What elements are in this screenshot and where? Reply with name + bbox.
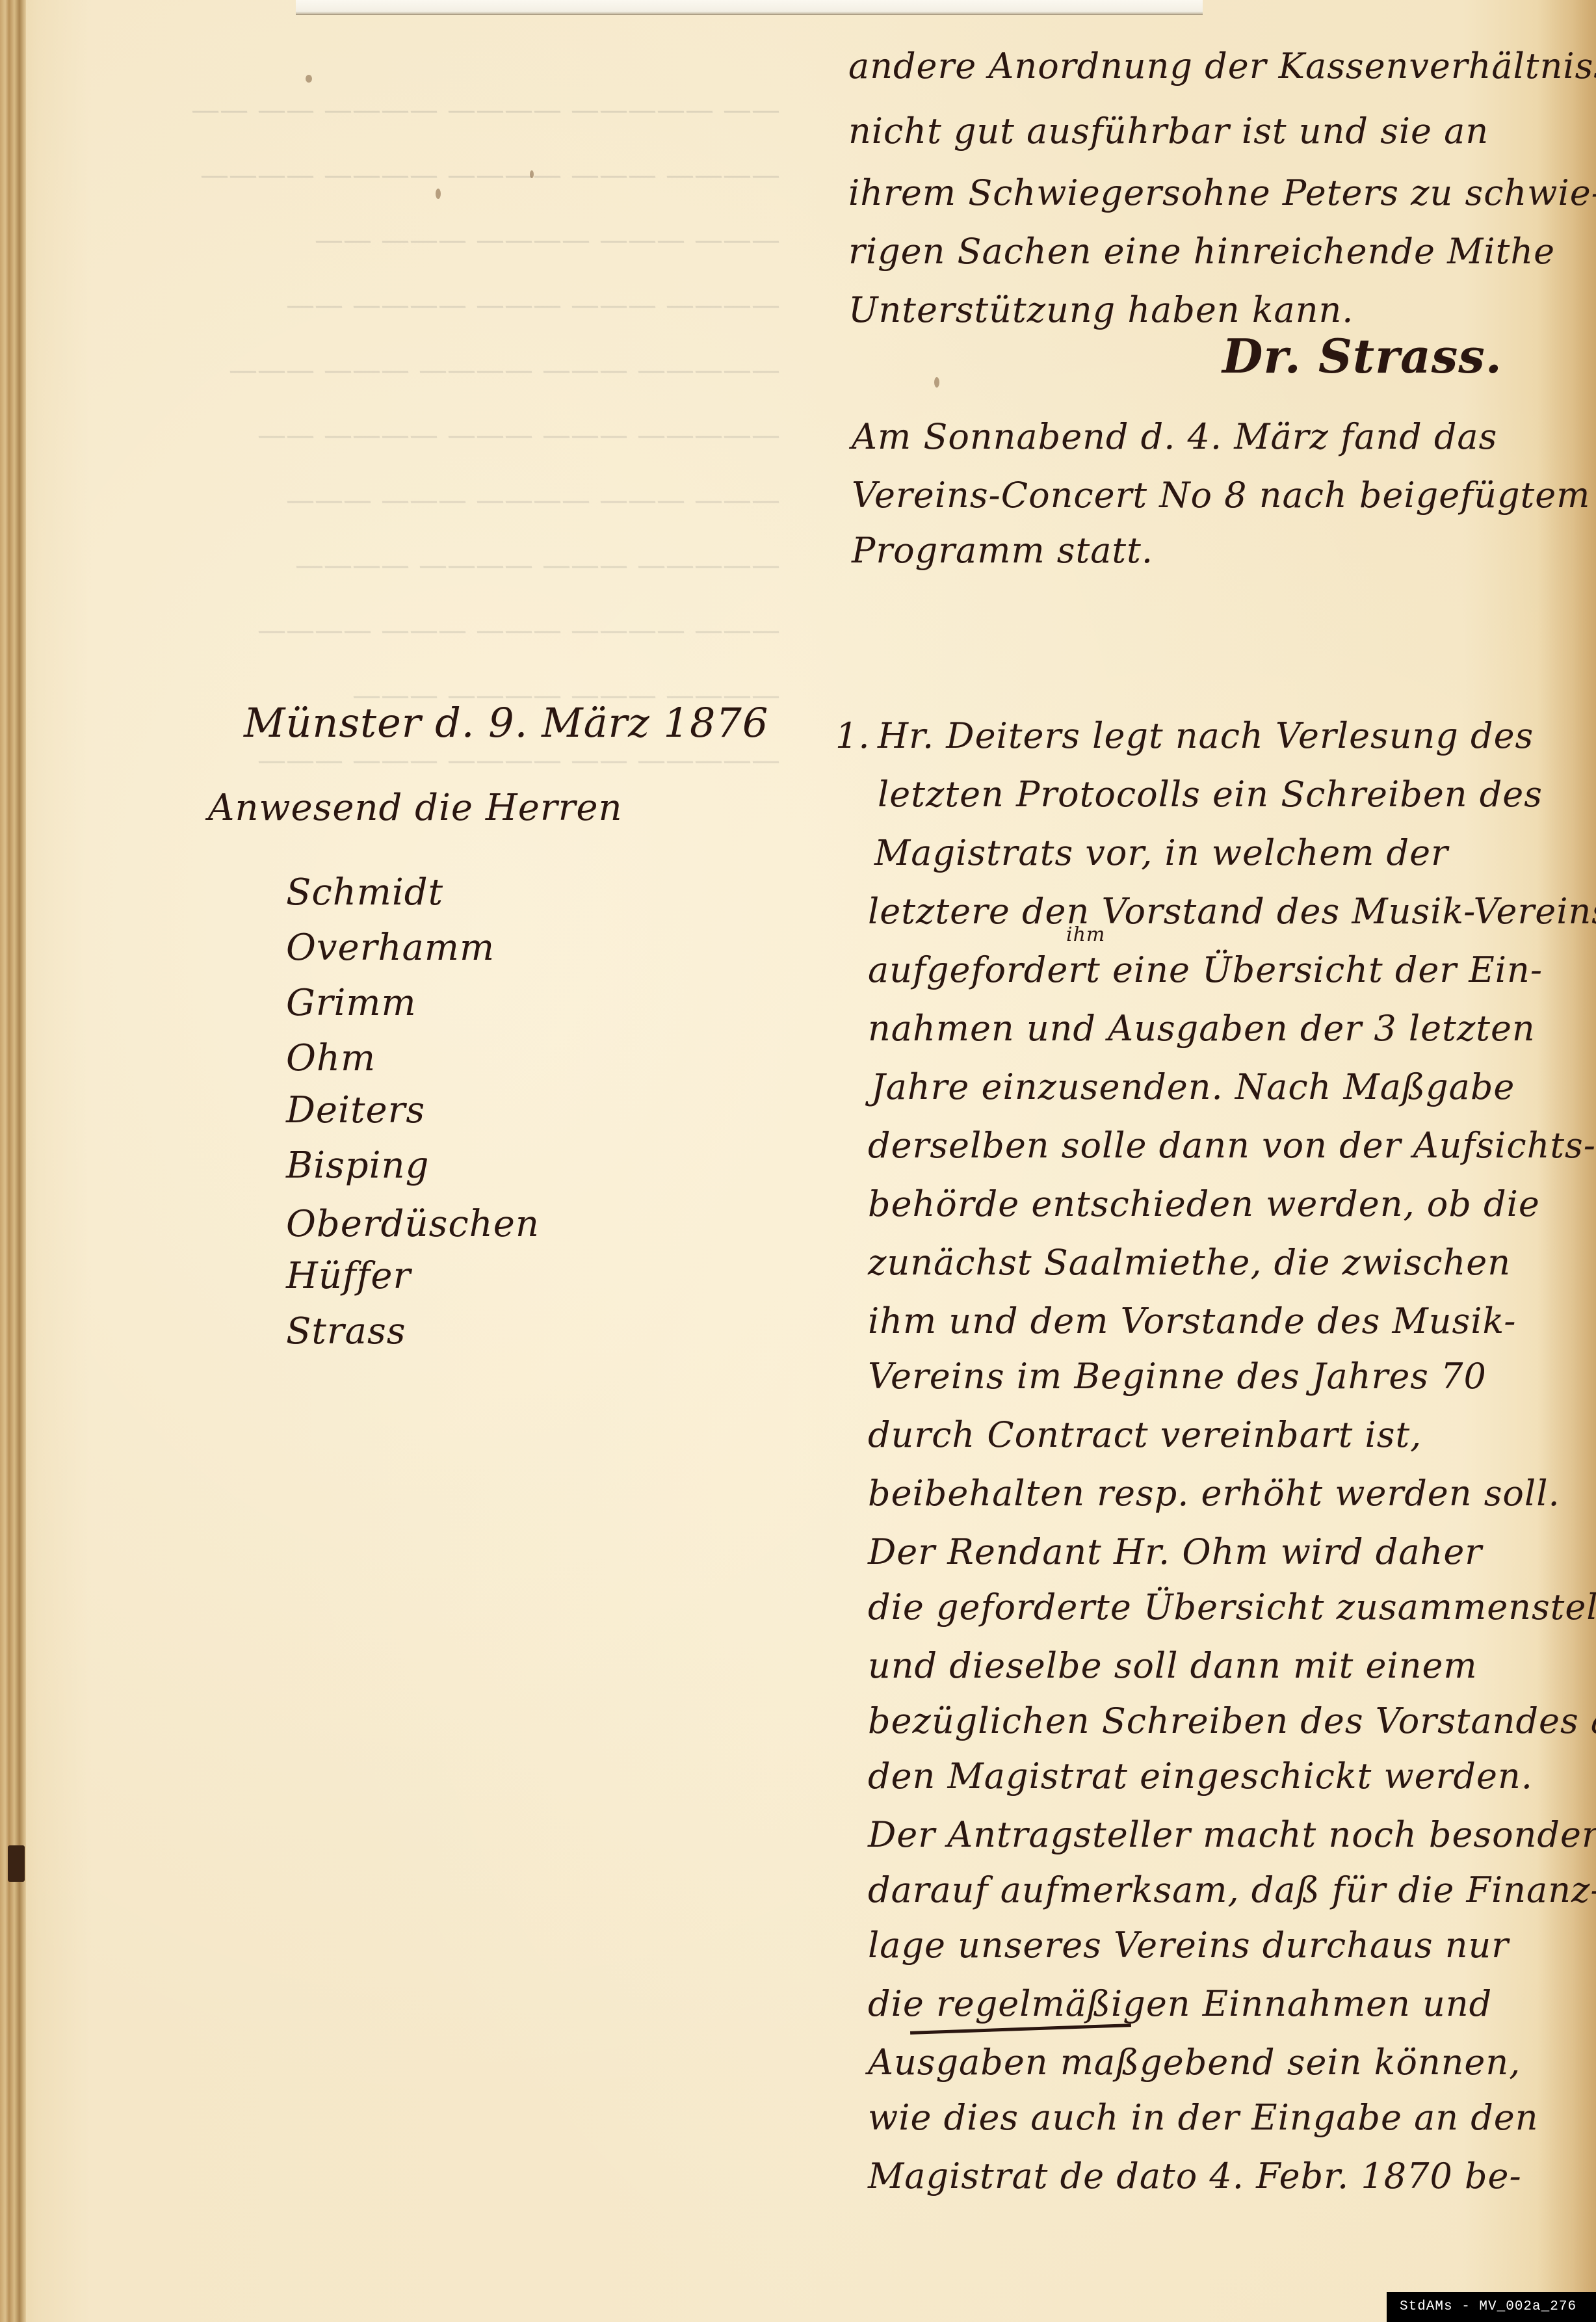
text-line: nahmen und Ausgaben der 3 letzten bbox=[868, 1008, 1536, 1049]
text-line: Magistrat de dato 4. Febr. 1870 be- bbox=[868, 2156, 1522, 2197]
book-binding bbox=[0, 0, 26, 2322]
underline-mark bbox=[910, 2024, 1131, 2035]
text-line: durch Contract vereinbart ist, bbox=[868, 1414, 1422, 1455]
text-line: wie dies auch in der Eingabe an den bbox=[868, 2097, 1539, 2138]
binding-stain bbox=[8, 1845, 25, 1882]
text-line: darauf aufmerksam, daß für die Finanz- bbox=[868, 1869, 1596, 1910]
text-line: Vereins-Concert No 8 nach beigefügtem bbox=[852, 475, 1590, 516]
text-line: Programm statt. bbox=[852, 530, 1153, 571]
attendee-name: Ohm bbox=[286, 1037, 376, 1079]
text-line: letzten Protocolls ein Schreiben des bbox=[878, 774, 1543, 815]
text-line: Magistrats vor, in welchem der bbox=[874, 832, 1448, 873]
text-line: behörde entschieden werden, ob die bbox=[868, 1183, 1540, 1224]
paper-speck bbox=[306, 75, 312, 83]
inserted-word: ihm bbox=[1066, 923, 1105, 946]
paper-speck bbox=[934, 377, 939, 388]
attendee-name: Oberdüschen bbox=[286, 1203, 540, 1245]
attendee-name: Schmidt bbox=[286, 871, 443, 914]
text-line: Vereins im Beginne des Jahres 70 bbox=[868, 1356, 1487, 1397]
text-line: die geforderte Übersicht zusammenstellen… bbox=[868, 1587, 1596, 1628]
attendee-name: Grimm bbox=[286, 982, 417, 1024]
text-line: Ausgaben maßgebend sein können, bbox=[868, 2042, 1521, 2083]
text-line: bezüglichen Schreiben des Vorstandes an bbox=[868, 1700, 1596, 1741]
text-line: die regelmäßigen Einnahmen und bbox=[868, 1983, 1492, 2024]
attendance-heading: Anwesend die Herren bbox=[208, 787, 623, 829]
attendee-name: Deiters bbox=[286, 1089, 425, 1131]
signature: Dr. Strass. bbox=[1222, 328, 1502, 384]
attendee-name: Strass bbox=[286, 1310, 406, 1352]
text-line: letztere den Vorstand des Musik-Vereins bbox=[868, 891, 1596, 932]
item-number: 1. bbox=[835, 715, 870, 756]
text-line: derselben solle dann von der Aufsichts- bbox=[868, 1125, 1596, 1166]
text-line: lage unseres Vereins durchaus nur bbox=[868, 1925, 1509, 1966]
paper-speck bbox=[530, 170, 534, 178]
text-line: Der Antragsteller macht noch besonders bbox=[868, 1814, 1596, 1855]
text-line: ihm und dem Vorstande des Musik- bbox=[868, 1300, 1517, 1341]
text-line: andere Anordnung der Kassenverhältnisse bbox=[848, 46, 1596, 86]
text-line: den Magistrat eingeschickt werden. bbox=[868, 1756, 1533, 1797]
attendee-name: Overhamm bbox=[286, 927, 495, 969]
text-line: Unterstützung haben kann. bbox=[848, 289, 1354, 330]
text-line: beibehalten resp. erhöht werden soll. bbox=[868, 1473, 1560, 1514]
text-line: Hr. Deiters legt nach Verlesung des bbox=[878, 715, 1534, 756]
paper-speck bbox=[436, 189, 441, 199]
text-line: zunächst Saalmiethe, die zwischen bbox=[868, 1242, 1511, 1283]
text-line: und dieselbe soll dann mit einem bbox=[868, 1645, 1478, 1686]
text-line: Jahre einzusenden. Nach Maßgabe bbox=[871, 1066, 1515, 1107]
inserted-paper-slip bbox=[296, 0, 1203, 15]
attendee-name: Bisping bbox=[286, 1144, 429, 1187]
text-line: Am Sonnabend d. 4. März fand das bbox=[852, 416, 1497, 457]
attendee-name: Hüffer bbox=[286, 1255, 411, 1297]
text-line: nicht gut ausführbar ist und sie an bbox=[848, 111, 1489, 152]
text-line: rigen Sachen eine hinreichende Mithe bbox=[848, 231, 1555, 272]
archive-reference-label: StdAMs - MV_002a_276 bbox=[1387, 2292, 1596, 2322]
manuscript-page: —— ————— ———— ———— —— —— ———— ——— ———— —… bbox=[0, 0, 1596, 2322]
text-line: aufgefordert eine Übersicht der Ein- bbox=[868, 949, 1543, 990]
text-line: ihrem Schwiegersohne Peters zu schwie- bbox=[848, 172, 1596, 213]
meeting-place-date: Münster d. 9. März 1876 bbox=[244, 699, 768, 746]
bleed-through-text: —— ————— ———— ———— —— —— ———— ——— ———— —… bbox=[59, 78, 780, 793]
text-line: Der Rendant Hr. Ohm wird daher bbox=[868, 1531, 1482, 1572]
